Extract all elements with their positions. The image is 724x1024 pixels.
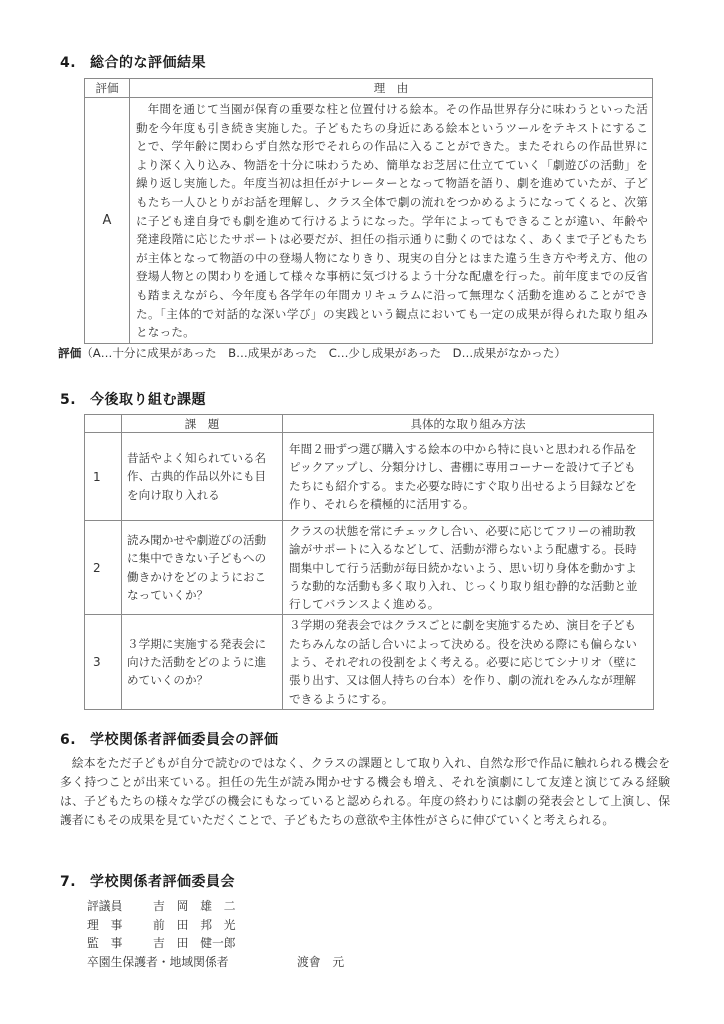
member-row: 評議員 吉 岡 雄 二 — [87, 897, 417, 916]
header-issue: 課 題 — [122, 415, 283, 433]
member-role: 監 事 — [87, 934, 153, 953]
legend-text: （A…十分に成果があった B…成果があった C…少し成果があった D…成果がなか… — [81, 346, 566, 360]
member-role: 卒園生保護者・地域関係者 — [87, 953, 297, 972]
section-title: 学校関係者評価委員会の評価 — [90, 732, 279, 748]
table-header-row: 評価 理 由 — [85, 79, 653, 98]
member-row: 理 事 前 田 邦 光 — [87, 916, 417, 935]
section-title: 総合的な評価結果 — [90, 55, 206, 71]
member-name: 前 田 邦 光 — [153, 916, 273, 935]
member-name: 吉 岡 雄 二 — [153, 897, 273, 916]
section-title: 今後取り組む課題 — [90, 392, 206, 408]
row-number: 1 — [85, 433, 122, 521]
section-number: 4. — [60, 55, 90, 71]
table-row: 1 昔話やよく知られている名作、古典的作品以外にも目を向け取り入れる 年間２冊ず… — [85, 433, 654, 521]
table-row: 2 読み聞かせや劇遊びの活動に集中できない子どもへの働きかけをどのようにおこなっ… — [85, 521, 654, 615]
reason-cell: 年間を通じて当園が保育の重要な柱と位置付ける絵本。その作品世界存分に味わうといっ… — [130, 98, 653, 344]
section-6-heading: 6.学校関係者評価委員会の評価 — [60, 729, 279, 749]
row-number: 3 — [85, 615, 122, 709]
member-name: 渡會 元 — [297, 953, 417, 972]
header-reason: 理 由 — [130, 79, 653, 98]
member-role: 理 事 — [87, 916, 153, 935]
table-row: 3 ３学期に実施する発表会に向けた活動をどのように進めていくのか？ ３学期の発表… — [85, 615, 654, 709]
method-cell: クラスの状態を常にチェックし合い、必要に応じてフリーの補助教諭がサポートに入るな… — [283, 521, 654, 615]
issue-cell: ３学期に実施する発表会に向けた活動をどのように進めていくのか？ — [122, 615, 283, 709]
table-row: A 年間を通じて当園が保育の重要な柱と位置付ける絵本。その作品世界存分に味わうと… — [85, 98, 653, 344]
member-row: 卒園生保護者・地域関係者 渡會 元 — [87, 953, 417, 972]
table-header-row: 課 題 具体的な取り組み方法 — [85, 415, 654, 433]
committee-member-list: 評議員 吉 岡 雄 二 理 事 前 田 邦 光 監 事 吉 田 健一郎 卒園生保… — [87, 897, 417, 971]
section-5-heading: 5.今後取り組む課題 — [60, 389, 206, 409]
grade-cell: A — [85, 98, 130, 344]
member-row: 監 事 吉 田 健一郎 — [87, 934, 417, 953]
row-number: 2 — [85, 521, 122, 615]
section-number: 6. — [60, 732, 90, 748]
grade-legend: 評価（A…十分に成果があった B…成果があった C…少し成果があった D…成果が… — [58, 345, 566, 361]
method-cell: ３学期の発表会ではクラスごとに劇を実施するため、演目を子どもたちみんなの話し合い… — [283, 615, 654, 709]
member-role: 評議員 — [87, 897, 153, 916]
issues-table: 課 題 具体的な取り組み方法 1 昔話やよく知られている名作、古典的作品以外にも… — [84, 414, 654, 710]
section-number: 5. — [60, 392, 90, 408]
evaluation-table: 評価 理 由 A 年間を通じて当園が保育の重要な柱と位置付ける絵本。その作品世界… — [84, 78, 653, 344]
section-number: 7. — [60, 874, 90, 890]
committee-evaluation-text: 絵本をただ子どもが自分で読むのではなく、クラスの課題として取り入れ、自然な形で作… — [60, 754, 670, 830]
legend-label: 評価 — [58, 346, 81, 360]
section-7-heading: 7.学校関係者評価委員会 — [60, 871, 235, 891]
issue-cell: 読み聞かせや劇遊びの活動に集中できない子どもへの働きかけをどのようにおこなってい… — [122, 521, 283, 615]
header-method: 具体的な取り組み方法 — [283, 415, 654, 433]
issue-cell: 昔話やよく知られている名作、古典的作品以外にも目を向け取り入れる — [122, 433, 283, 521]
section-4-heading: 4.総合的な評価結果 — [60, 52, 206, 72]
header-number — [85, 415, 122, 433]
header-grade: 評価 — [85, 79, 130, 98]
section-title: 学校関係者評価委員会 — [90, 874, 235, 890]
method-cell: 年間２冊ずつ選び購入する絵本の中から特に良いと思われる作品をピックアップし、分類… — [283, 433, 654, 521]
member-name: 吉 田 健一郎 — [153, 934, 273, 953]
